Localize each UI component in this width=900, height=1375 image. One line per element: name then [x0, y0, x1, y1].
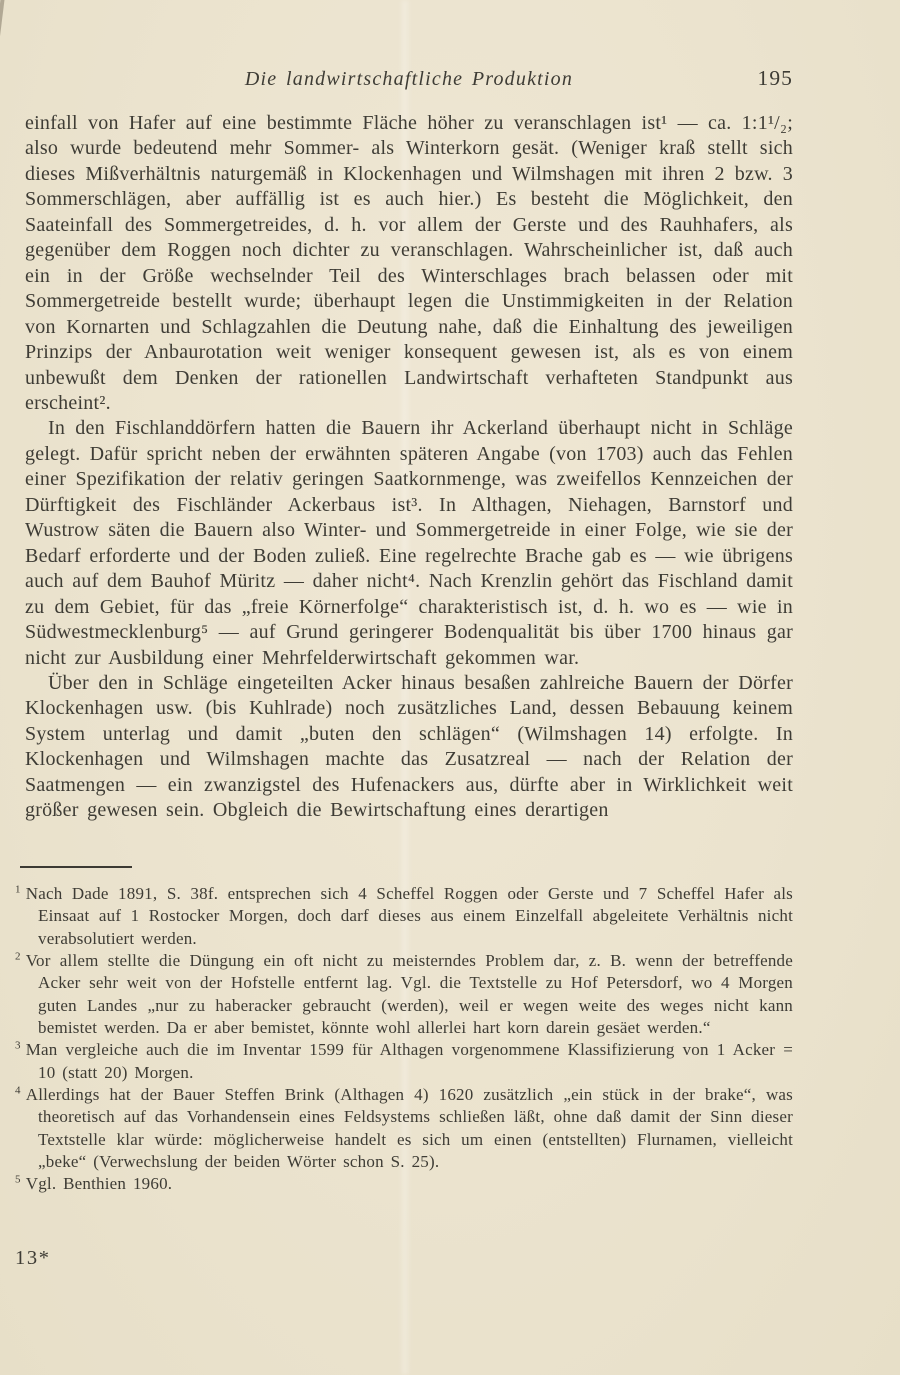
paragraph-3: Über den in Schläge eingeteilten Acker h… — [25, 671, 793, 824]
footnote-marker: 3 — [15, 1040, 21, 1052]
footnote-marker: 2 — [15, 950, 21, 962]
paragraph-1: einfall von Hafer auf eine bestimmte Flä… — [25, 111, 793, 416]
running-head: Die landwirtschaftliche Produktion 195 — [25, 68, 793, 96]
footnote-5: 5Vgl. Benthien 1960. — [15, 1173, 793, 1195]
running-head-title: Die landwirtschaftliche Produktion — [25, 68, 793, 91]
footnote-text: Allerdings hat der Bauer Steffen Brink (… — [26, 1085, 793, 1171]
footnote-text: Vgl. Benthien 1960. — [26, 1174, 173, 1193]
scan-edge-artifact — [0, 0, 5, 46]
book-page: Die landwirtschaftliche Produktion 195 e… — [0, 0, 900, 1375]
footnote-text: Nach Dade 1891, S. 38f. entsprechen sich… — [26, 884, 793, 948]
footnote-separator — [20, 866, 132, 868]
footnote-3: 3Man vergleiche auch die im Inventar 159… — [15, 1039, 793, 1084]
footnote-marker: 4 — [15, 1084, 21, 1096]
footnote-4: 4Allerdings hat der Bauer Steffen Brink … — [15, 1084, 793, 1173]
footnotes: 1Nach Dade 1891, S. 38f. entsprechen sic… — [15, 883, 793, 1196]
body-text: einfall von Hafer auf eine bestimmte Flä… — [25, 111, 793, 824]
footnote-marker: 1 — [15, 883, 21, 895]
footnote-marker: 5 — [15, 1174, 21, 1186]
paragraph-2: In den Fischlanddörfern hatten die Bauer… — [25, 416, 793, 671]
signature-mark: 13* — [15, 1247, 51, 1270]
page-number: 195 — [758, 66, 793, 91]
footnote-1: 1Nach Dade 1891, S. 38f. entsprechen sic… — [15, 883, 793, 950]
footnote-text: Vor allem stellte die Düngung ein oft ni… — [26, 951, 793, 1037]
footnote-text: Man vergleiche auch die im Inventar 1599… — [26, 1040, 793, 1081]
footnote-2: 2Vor allem stellte die Düngung ein oft n… — [15, 950, 793, 1039]
